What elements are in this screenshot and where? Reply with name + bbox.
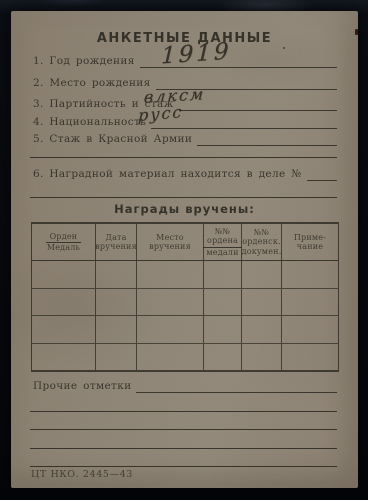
field-label: 1. Год рождения (33, 55, 140, 68)
field-label: 2. Место рождения (33, 77, 156, 90)
header-cell-document-number: №№ орденск. докумен. (241, 224, 281, 260)
form-field-award-file: 6. Наградной материал находится в деле № (33, 166, 337, 181)
award-table-cell (241, 344, 281, 371)
header-line: Медаль (47, 243, 80, 253)
header-line: орденск. (242, 237, 281, 247)
header-cell-order-number: №№ ордена медали (203, 224, 241, 260)
header-line: медали (206, 248, 238, 258)
award-table-cell (95, 289, 136, 316)
award-table-row (32, 261, 338, 288)
header-line: Приме- (294, 233, 326, 243)
award-table-row (32, 343, 338, 371)
header-line: докумен. (242, 247, 282, 257)
form-page: АНКЕТНЫЕ ДАННЫЕ 1. Год рождения 2. Место… (11, 11, 358, 488)
award-table-cell (95, 316, 136, 343)
header-line: вручения (95, 242, 137, 252)
award-table-cell (203, 261, 241, 288)
award-table-cell (281, 316, 338, 343)
field-value-handwritten-year: 1919 (161, 38, 232, 69)
scan-background: АНКЕТНЫЕ ДАННЫЕ 1. Год рождения 2. Место… (0, 0, 368, 500)
header-cell-place: Место вручения (136, 224, 203, 260)
award-table-cell (136, 344, 203, 371)
dust-speck (161, 207, 163, 209)
award-table-cell (281, 289, 338, 316)
paper-edge-speck (355, 29, 358, 35)
form-field-nationality: 4. Национальность (33, 114, 337, 129)
header-line: Место (156, 233, 184, 243)
header-line: Дата (105, 233, 126, 243)
award-table-cell (32, 344, 95, 371)
header-line: чание (297, 242, 323, 252)
award-table-row (32, 288, 338, 316)
award-table-cell (203, 316, 241, 343)
form-code-footer: ЦТ НКО. 2445—43 (31, 469, 133, 480)
blank-ruled-line (30, 411, 337, 412)
award-table-cell (281, 344, 338, 371)
award-table-cell (241, 261, 281, 288)
award-table-cell (281, 261, 338, 288)
award-table-cell (203, 344, 241, 371)
field-label: 5. Стаж в Красной Армии (33, 133, 197, 146)
award-table-cell (136, 261, 203, 288)
award-table-cell (136, 316, 203, 343)
section-divider-line (30, 157, 337, 158)
header-line: Орден (46, 232, 82, 244)
award-table-cell (32, 316, 95, 343)
field-label: 4. Национальность (33, 116, 151, 129)
award-table-cell (241, 289, 281, 316)
awards-table: Орден Медаль Дата вручения Место вручени… (31, 222, 339, 372)
blank-ruled-line (30, 448, 337, 449)
header-cell-order-medal: Орден Медаль (32, 224, 95, 260)
award-table-cell (95, 344, 136, 371)
award-table-cell (136, 289, 203, 316)
award-table-cell (32, 289, 95, 316)
award-table-cell (203, 289, 241, 316)
blank-ruled-line (30, 429, 337, 430)
award-table-cell (95, 261, 136, 288)
field-value-handwritten-nationality: русс (138, 102, 184, 125)
header-line: №№ (254, 228, 270, 238)
header-line: вручения (149, 242, 191, 252)
field-line (197, 132, 337, 146)
award-table-row (32, 315, 338, 343)
dust-speck (283, 47, 285, 49)
header-line: №№ (215, 227, 231, 237)
field-line (307, 167, 337, 181)
awards-table-header: Орден Медаль Дата вручения Место вручени… (32, 224, 338, 261)
award-table-cell (241, 316, 281, 343)
header-line: ордена (203, 236, 242, 248)
blank-ruled-line (30, 466, 337, 467)
form-field-army-service: 5. Стаж в Красной Армии (33, 131, 337, 146)
section-divider-line (30, 197, 337, 198)
field-label: 6. Наградной материал находится в деле № (33, 168, 307, 181)
header-cell-date: Дата вручения (95, 224, 136, 260)
other-marks-row: Прочие отметки (33, 378, 337, 393)
other-marks-label: Прочие отметки (33, 380, 136, 393)
awards-heading: Награды вручены: (11, 202, 358, 216)
other-marks-line (136, 379, 337, 393)
award-table-cell (32, 261, 95, 288)
header-cell-notes: Приме- чание (281, 224, 338, 260)
